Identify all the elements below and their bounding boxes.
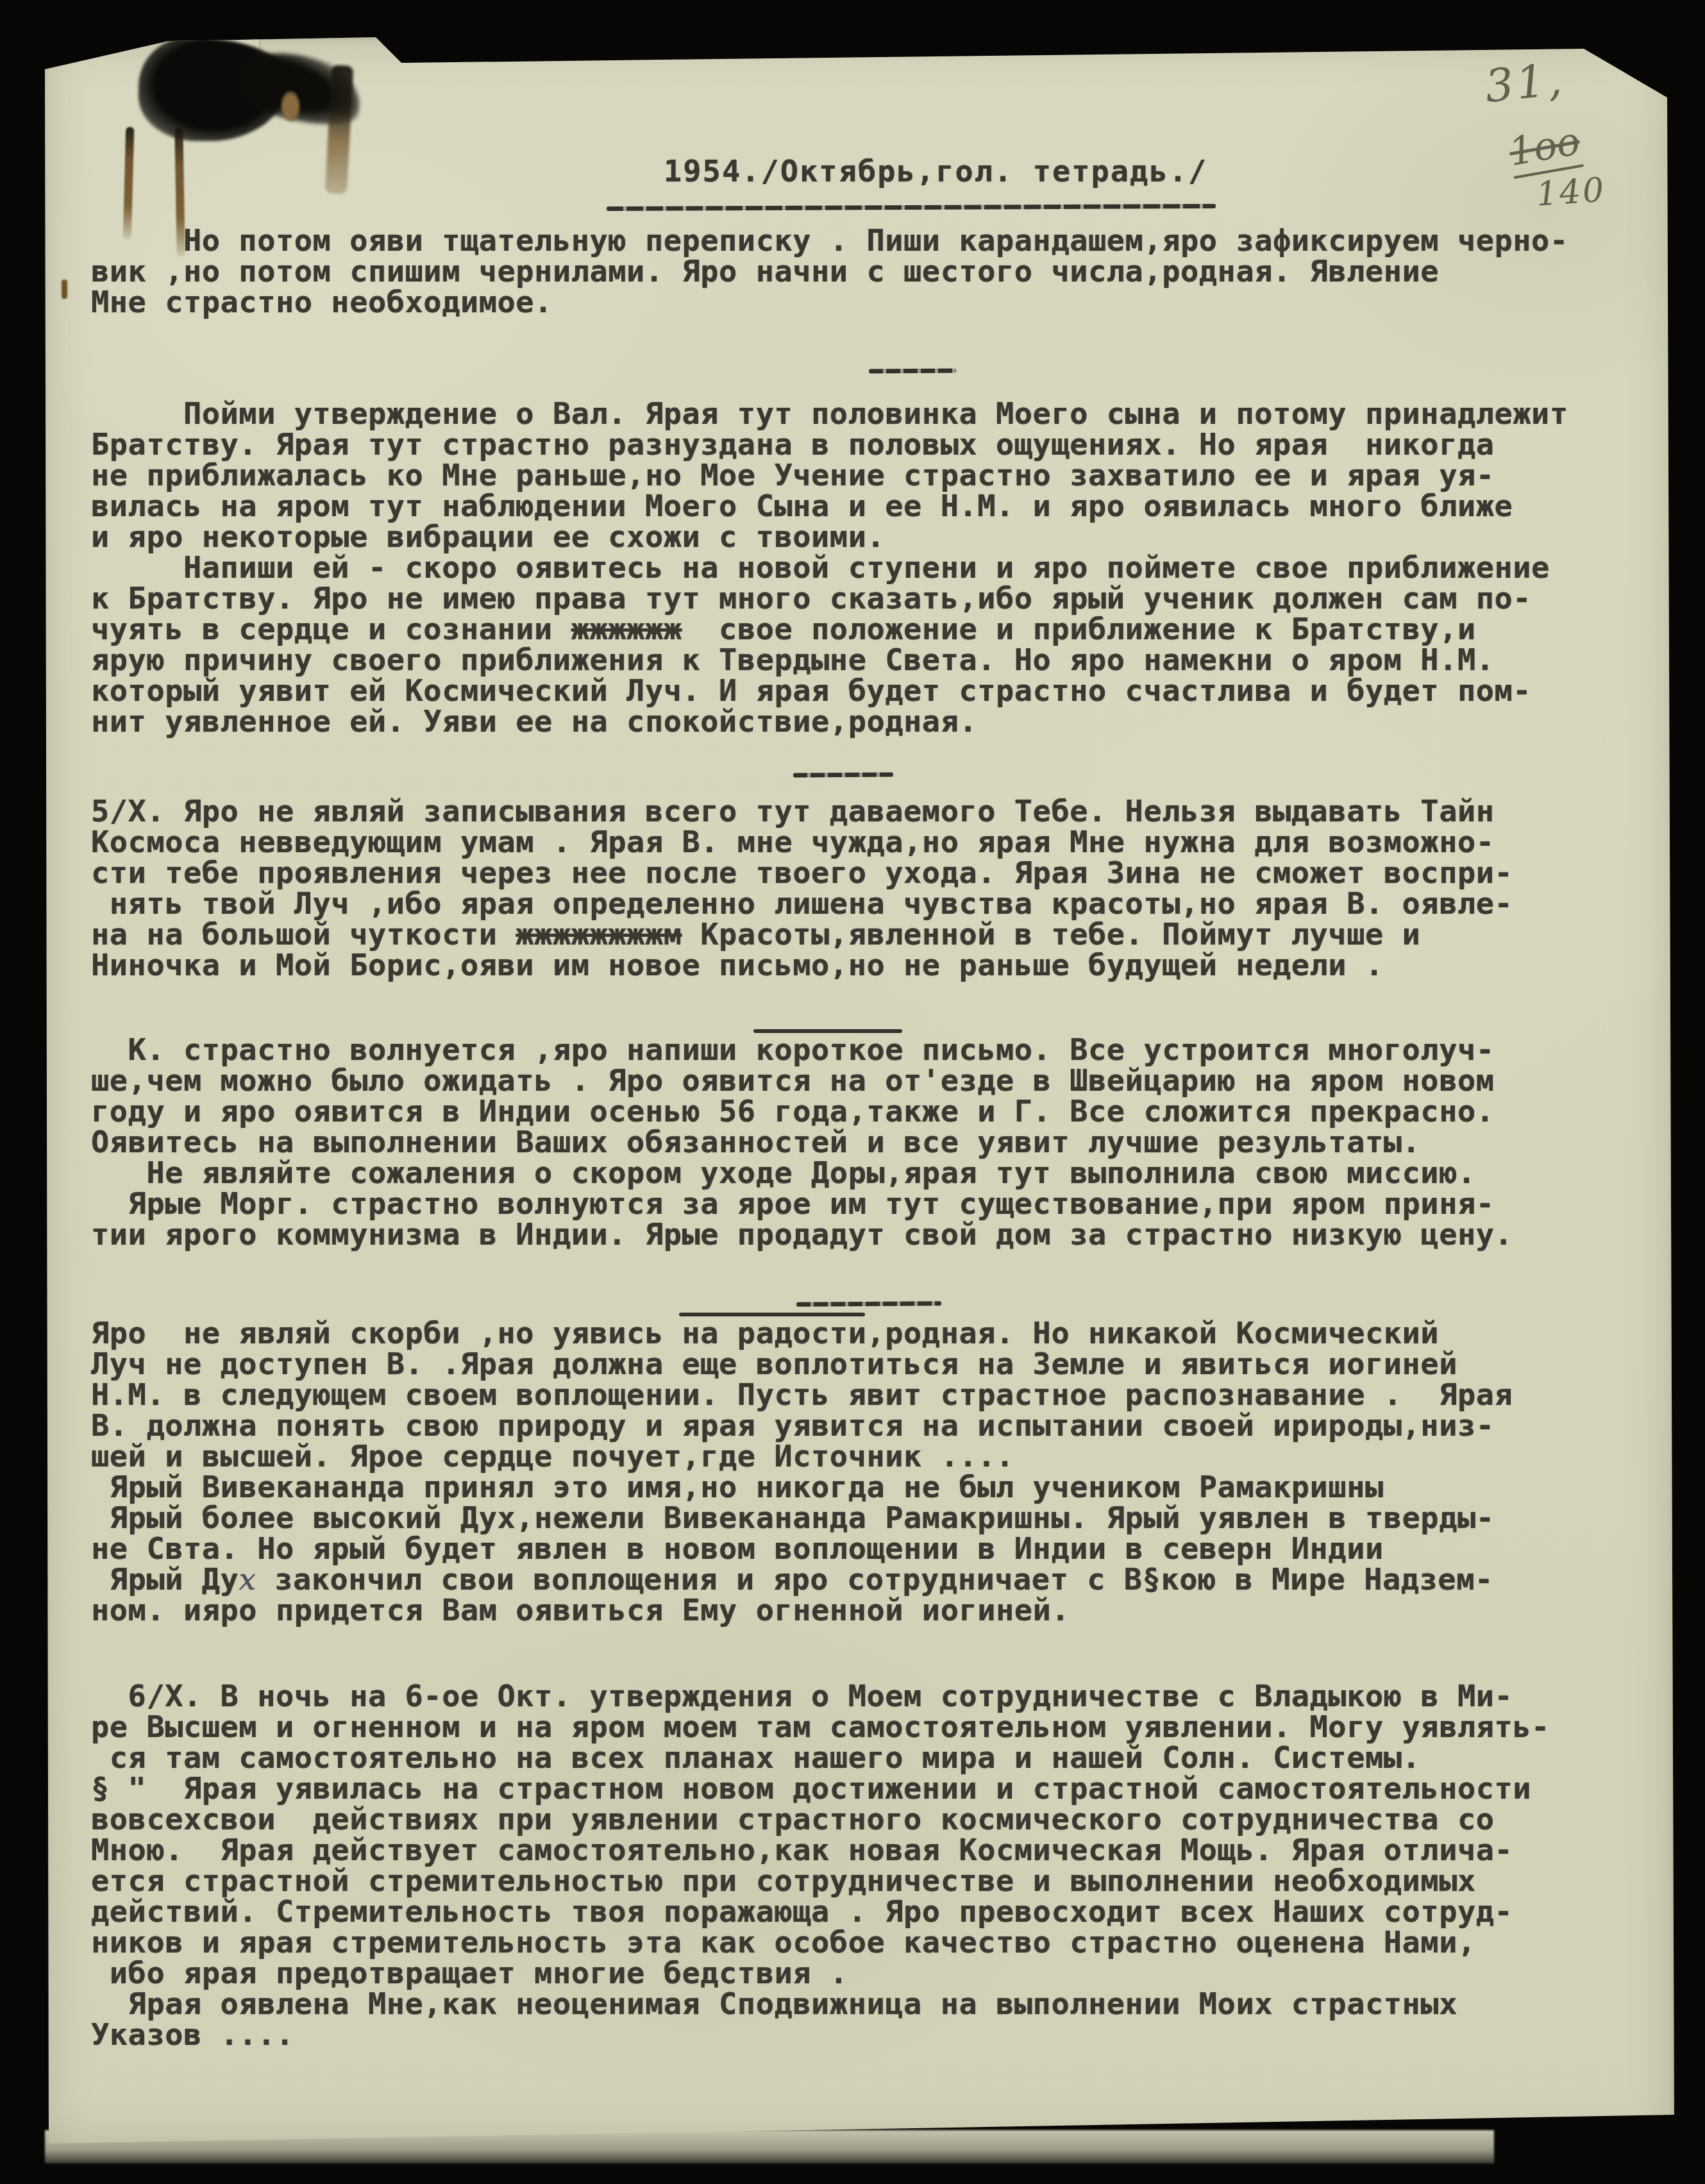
typed-line: 6/X. В ночь на 6-ое Окт. утверждения о М… bbox=[91, 1681, 1550, 1712]
typed-line: § " Ярая уявилась на страстном новом дос… bbox=[91, 1774, 1550, 1804]
typed-text-segment: шей и высшей. Ярое сердце почует,где Ист… bbox=[91, 1439, 1014, 1474]
scanned-document: { "document": { "title": "1954./Октябрь,… bbox=[0, 0, 1705, 2184]
typed-line: и яро некоторые вибрации ее схожи с твои… bbox=[91, 522, 1568, 553]
typed-line: Ниночка и Мой Борис,ояви им новое письмо… bbox=[91, 950, 1513, 981]
typed-text-segment: Оявитесь на выполнении Ваших обязанносте… bbox=[91, 1125, 1420, 1160]
typed-line: Космоса невведующим умам . Ярая В. мне ч… bbox=[91, 827, 1513, 858]
typed-text-segment: сти тебе проявления через нее после твое… bbox=[91, 855, 1513, 891]
typed-paragraph: Но потом ояви тщательную переписку . Пиш… bbox=[91, 226, 1568, 318]
typed-line: Луч не доступен В. .Ярая должна еще вопл… bbox=[91, 1349, 1513, 1380]
section-separator bbox=[796, 1301, 941, 1307]
typed-text-segment: Н.М. в следующем своем воплощении. Пусть… bbox=[91, 1377, 1513, 1413]
typed-line: ном. ияро придется Вам оявиться Ему огне… bbox=[91, 1595, 1513, 1626]
typed-text-segment: Ярый Ду bbox=[91, 1562, 239, 1597]
typed-paragraph: 6/X. В ночь на 6-ое Окт. утверждения о М… bbox=[91, 1681, 1550, 2051]
section-separator bbox=[869, 369, 956, 374]
typed-line: ре Высшем и огненном и на яром моем там … bbox=[91, 1712, 1550, 1743]
typed-text-segment: действий. Стремительность твоя поражающа… bbox=[91, 1894, 1513, 1929]
typed-line: нит уявленное ей. Уяви ее на спокойствие… bbox=[91, 707, 1568, 737]
typed-line: тии ярого коммунизма в Индии. Ярые прода… bbox=[91, 1220, 1513, 1250]
typed-text: Но потом ояви тщательную переписку . Пиш… bbox=[91, 37, 1659, 2147]
typed-line: Но потом ояви тщательную переписку . Пиш… bbox=[91, 226, 1568, 256]
typed-line: Н.М. в следующем своем воплощении. Пусть… bbox=[91, 1380, 1513, 1411]
typed-text-segment: Братству. Ярая тут страстно разнуздана в… bbox=[91, 427, 1495, 462]
typed-text-segment: Красоты,явленной в тебе. Поймут лучше и bbox=[682, 917, 1421, 952]
typed-line: Братству. Ярая тут страстно разнуздана в… bbox=[91, 430, 1568, 460]
typed-text-segment: ше,чем можно было ожидать . Яро оявится … bbox=[91, 1063, 1495, 1098]
typed-text-segment: 5/X. Яро не являй записывания всего тут … bbox=[91, 794, 1495, 829]
typed-line: шей и высшей. Ярое сердце почует,где Ист… bbox=[91, 1441, 1513, 1472]
typed-text-segment: тии ярого коммунизма в Индии. Ярые прода… bbox=[91, 1217, 1513, 1252]
typed-line: Ярый Дух закончил свои воплощения и яро … bbox=[91, 1565, 1513, 1595]
typed-line: ников и ярая стремительность эта как осо… bbox=[91, 1928, 1550, 1958]
typed-text-segment: вилась на яром тут наблюдении Моего Сына… bbox=[91, 489, 1513, 524]
typed-text-segment: Ниночка и Мой Борис,ояви им новое письмо… bbox=[91, 948, 1384, 983]
typed-text-segment: 6/X. В ночь на 6-ое Окт. утверждения о М… bbox=[91, 1679, 1513, 1714]
section-separator bbox=[793, 772, 893, 777]
typed-line: ярую причину своего приближения к Тверды… bbox=[91, 645, 1568, 676]
typed-text-segment: Мною. Ярая действует самостоятельно,как … bbox=[91, 1833, 1513, 1868]
typed-line: Ярые Морг. страстно волнуются за ярое им… bbox=[91, 1189, 1513, 1220]
typed-line: Ярый более высокий Дух,нежели Вивекананд… bbox=[91, 1503, 1513, 1534]
typed-text-segment: ибо ярая предотвращает многие бедствия . bbox=[91, 1956, 848, 1991]
typed-text-segment: нит уявленное ей. Уяви ее на спокойствие… bbox=[91, 704, 977, 739]
typed-text-segment: на на большой чуткости bbox=[91, 917, 516, 952]
typed-line: не приближалась ко Мне раньше,но Мое Уче… bbox=[91, 460, 1568, 491]
typed-line: К. страстно волнуется ,яро напиши коротк… bbox=[91, 1035, 1513, 1066]
typed-text-segment: Ярый Вивекананда принял это имя,но никог… bbox=[91, 1470, 1384, 1505]
typed-text-segment: ном. ияро придется Вам оявиться Ему огне… bbox=[91, 1593, 1070, 1628]
typed-text-segment: Не являйте сожаления о скором уходе Доры… bbox=[91, 1155, 1476, 1191]
typed-paragraph: Яро не являй скорби ,но уявись на радост… bbox=[91, 1318, 1513, 1626]
typed-line: Пойми утверждение о Вал. Ярая тут полови… bbox=[91, 399, 1568, 430]
typed-text-segment: не Свта. Но ярый будет явлен в новом воп… bbox=[91, 1531, 1384, 1567]
typed-line: который уявит ей Космический Луч. И ярая… bbox=[91, 676, 1568, 707]
typed-line: нять твой Луч ,ибо ярая определенно лише… bbox=[91, 889, 1513, 920]
typed-text-segment: ре Высшем и огненном и на яром моем там … bbox=[91, 1709, 1550, 1745]
overlined-text: короткое bbox=[756, 1032, 903, 1068]
typed-text-segment: ярую причину своего приближения к Тверды… bbox=[91, 643, 1495, 678]
overlined-text: на радости bbox=[682, 1316, 866, 1351]
typed-text-segment: В. должна понять свою природу и ярая уяв… bbox=[91, 1408, 1495, 1443]
typed-text-segment: Ярый более высокий Дух,нежели Вивекананд… bbox=[91, 1500, 1495, 1536]
typed-line: действий. Стремительность твоя поражающа… bbox=[91, 1897, 1550, 1928]
typed-text-segment: Луч не доступен В. .Ярая должна еще вопл… bbox=[91, 1347, 1457, 1382]
typed-text-segment: ся там самостоятельно на всех планах наш… bbox=[91, 1740, 1420, 1776]
typed-text-segment: ,родная. Но никакой Космический bbox=[866, 1316, 1439, 1351]
typed-line: Яро не являй скорби ,но уявись на радост… bbox=[91, 1318, 1513, 1349]
typed-line: вик ,но потом спишим чернилами. Яро начн… bbox=[91, 256, 1568, 287]
typed-text-segment: и яро некоторые вибрации ее схожи с твои… bbox=[91, 519, 885, 555]
typed-line: Мне страстно необходимое. bbox=[91, 287, 1568, 318]
typed-text-segment: вик ,но потом спишим чернилами. Яро начн… bbox=[91, 254, 1439, 289]
typed-line: Мною. Ярая действует самостоятельно,как … bbox=[91, 1835, 1550, 1866]
typed-line: Ярая оявлена Мне,как неоценимая Сподвижн… bbox=[91, 1989, 1550, 2020]
typed-paragraph: Пойми утверждение о Вал. Ярая тут полови… bbox=[91, 399, 1568, 737]
typed-line: ше,чем можно было ожидать . Яро оявится … bbox=[91, 1066, 1513, 1096]
typed-text-segment: Напиши ей - скоро оявитесь на новой ступ… bbox=[91, 550, 1550, 585]
typed-line: к Братству. Яро не имею права тут много … bbox=[91, 584, 1568, 614]
typed-line: сти тебе проявления через нее после твое… bbox=[91, 858, 1513, 889]
typed-line: на на большой чуткости жжжжжжжжм Красоты… bbox=[91, 920, 1513, 950]
typed-text-segment: Мне страстно необходимое. bbox=[91, 285, 553, 320]
struck-out-text: жжжжжж bbox=[571, 612, 682, 647]
typed-text-segment: письмо. Все устроится многолуч- bbox=[903, 1032, 1494, 1068]
typed-text-segment: Космоса невведующим умам . Ярая В. мне ч… bbox=[91, 825, 1495, 860]
typed-line: вилась на яром тут наблюдении Моего Сына… bbox=[91, 491, 1568, 522]
typed-text-segment: Ярая оявлена Мне,как неоценимая Сподвижн… bbox=[91, 1987, 1457, 2022]
typed-line: 5/X. Яро не являй записывания всего тут … bbox=[91, 796, 1513, 827]
typed-line: вовсехсвои действиях при уявлении страст… bbox=[91, 1804, 1550, 1835]
edge-speck-stain bbox=[62, 280, 67, 299]
typed-text-segment: Указов .... bbox=[91, 2017, 294, 2053]
typed-text-segment: не приближалась ко Мне раньше,но Мое Уче… bbox=[91, 458, 1495, 493]
typed-text-segment: § " Ярая уявилась на страстном новом дос… bbox=[91, 1771, 1531, 1806]
typed-text-segment: закончил свои воплощения и яро сотруднич… bbox=[256, 1562, 1493, 1597]
typed-line: Напиши ей - скоро оявитесь на новой ступ… bbox=[91, 553, 1568, 584]
typed-line: ется страстной стремительностью при сотр… bbox=[91, 1866, 1550, 1897]
typed-line: ся там самостоятельно на всех планах наш… bbox=[91, 1743, 1550, 1774]
typed-text-segment: К. страстно волнуется ,яро напиши bbox=[91, 1032, 756, 1068]
typed-paragraph: 5/X. Яро не являй записывания всего тут … bbox=[91, 796, 1513, 981]
typed-text-segment: Но потом ояви тщательную переписку . Пиш… bbox=[91, 223, 1568, 258]
typed-text-segment: ников и ярая стремительность эта как осо… bbox=[91, 1925, 1476, 1960]
typed-line: Ярый Вивекананда принял это имя,но никог… bbox=[91, 1472, 1513, 1503]
typed-text-segment: к Братству. Яро не имею права тут много … bbox=[91, 581, 1531, 616]
typed-text-segment: вовсехсвои действиях при уявлении страст… bbox=[91, 1802, 1495, 1837]
struck-out-text: жжжжжжжжм bbox=[516, 917, 682, 952]
typed-text-segment: ется страстной стремительностью при сотр… bbox=[91, 1863, 1476, 1899]
document-page: 31, 1оо 140 1954./Октябрь,гол. тетрадь./… bbox=[42, 37, 1674, 2147]
typed-line: не Свта. Но ярый будет явлен в новом воп… bbox=[91, 1534, 1513, 1565]
typed-line: Указов .... bbox=[91, 2020, 1550, 2051]
typed-paragraph: К. страстно волнуется ,яро напиши коротк… bbox=[91, 1035, 1513, 1250]
typed-text-segment: нять твой Луч ,ибо ярая определенно лише… bbox=[91, 886, 1513, 921]
typed-line: Не являйте сожаления о скором уходе Доры… bbox=[91, 1158, 1513, 1189]
typed-text-segment: Пойми утверждение о Вал. Ярая тут полови… bbox=[91, 396, 1568, 432]
handwritten-correction: х bbox=[239, 1562, 256, 1597]
typed-text-segment: году и яро оявится в Индии осенью 56 год… bbox=[91, 1094, 1495, 1129]
typed-line: Оявитесь на выполнении Ваших обязанносте… bbox=[91, 1127, 1513, 1158]
typed-line: году и яро оявится в Индии осенью 56 год… bbox=[91, 1096, 1513, 1127]
typed-text-segment: который уявит ей Космический Луч. И ярая… bbox=[91, 673, 1531, 709]
typed-text-segment: Яро не являй скорби ,но уявись bbox=[91, 1316, 682, 1351]
typed-text-segment: Ярые Морг. страстно волнуются за ярое им… bbox=[91, 1186, 1495, 1222]
typed-text-segment: чуять в сердце и сознании bbox=[91, 612, 571, 647]
typed-text-segment: свое положение и приближение к Братству,… bbox=[682, 612, 1476, 647]
typed-line: ибо ярая предотвращает многие бедствия . bbox=[91, 1958, 1550, 1989]
typed-line: В. должна понять свою природу и ярая уяв… bbox=[91, 1411, 1513, 1441]
typed-line: чуять в сердце и сознании жжжжжж свое по… bbox=[91, 614, 1568, 645]
